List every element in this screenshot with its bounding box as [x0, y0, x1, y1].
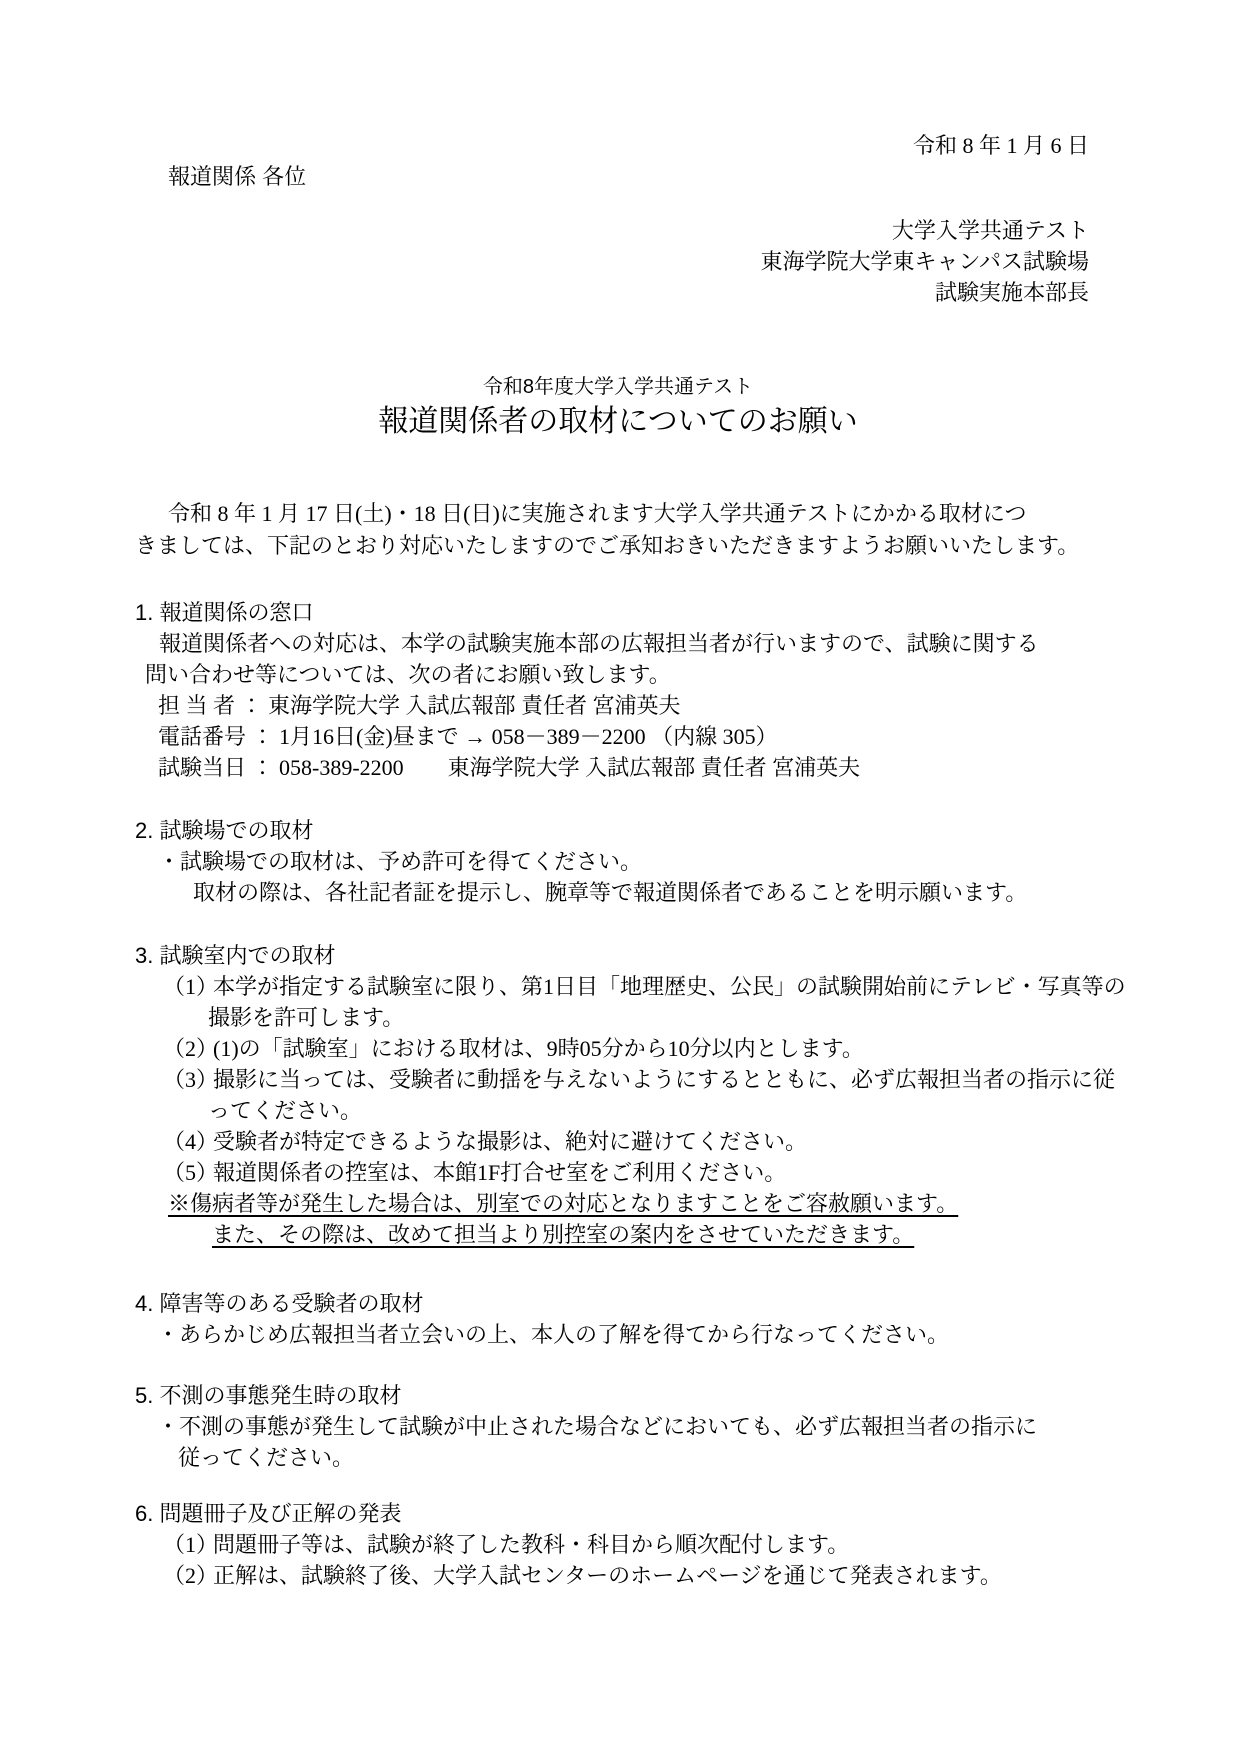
section-heading: 5. 不測の事態発生時の取材: [135, 1380, 1101, 1411]
section-venue-coverage: 2. 試験場での取材 ・試験場での取材は、予め許可を得てください。 取材の際は、…: [135, 815, 1101, 908]
body-line: 従ってください。: [135, 1442, 1101, 1473]
intro-paragraph: 令和 8 年 1 月 17 日(土)・18 日(日)に実施されます大学入学共通テ…: [135, 498, 1101, 562]
underlined-note: ※傷病者等が発生した場合は、別室での対応となりますことをご容赦願います。: [135, 1188, 1101, 1219]
document-date: 令和 8 年 1 月 6 日: [135, 130, 1101, 161]
title-block: 令和8年度大学入学共通テスト 報道関係者の取材についてのお願い: [135, 372, 1101, 442]
contact-person-line: 担 当 者 ： 東海学院大学 入試広報部 責任者 宮浦英夫: [135, 690, 1101, 721]
item-text: (1)の「試験室」における取材は、9時05分から10分以内とします。: [213, 1036, 864, 1061]
underlined-note: また、その際は、改めて担当より別控室の案内をさせていただきます。: [135, 1219, 1101, 1250]
bullet-line: ・試験場での取材は、予め許可を得てください。: [135, 846, 1101, 877]
list-item: （1） 問題冊子等は、試験が終了した教科・科目から順次配付します。: [135, 1529, 1101, 1560]
section-heading: 3. 試験室内での取材: [135, 940, 1101, 971]
item-text: 報道関係者の控室は、本館1F打合せ室をご利用ください。: [213, 1160, 786, 1185]
intro-line: きましては、下記のとおり対応いたしますのでご承知おきいただきますようお願いいたし…: [135, 530, 1101, 562]
sender-line-organization: 大学入学共通テスト: [135, 215, 1101, 246]
doc-title: 報道関係者の取材についてのお願い: [135, 402, 1101, 442]
list-item: （4） 受験者が特定できるような撮影は、絶対に避けてください。: [135, 1126, 1101, 1157]
intro-line: 令和 8 年 1 月 17 日(土)・18 日(日)に実施されます大学入学共通テ…: [135, 498, 1101, 530]
item-marker: （3）: [163, 1064, 218, 1095]
exam-day-phone-line: 試験当日 ： 058-389-2200 東海学院大学 入試広報部 責任者 宮浦英…: [135, 752, 1101, 783]
section-heading: 4. 障害等のある受験者の取材: [135, 1288, 1101, 1319]
item-marker: （1）: [163, 1529, 218, 1560]
recipient: 報道関係 各位: [135, 161, 1101, 192]
item-continuation: ってください。: [135, 1095, 1101, 1126]
list-item: （2） 正解は、試験終了後、大学入試センターのホームページを通じて発表されます。: [135, 1560, 1101, 1591]
item-marker: （2）: [163, 1033, 218, 1064]
list-item: （2） (1)の「試験室」における取材は、9時05分から10分以内とします。: [135, 1033, 1101, 1064]
section-examroom-coverage: 3. 試験室内での取材 （1） 本学が指定する試験室に限り、第1日目「地理歴史、…: [135, 940, 1101, 1250]
item-marker: （2）: [163, 1560, 218, 1591]
sender-block: 大学入学共通テスト 東海学院大学東キャンパス試験場 試験実施本部長: [135, 215, 1101, 308]
bullet-line: ・不測の事態が発生して試験が中止された場合などにおいても、必ず広報担当者の指示に: [135, 1411, 1101, 1442]
section-unforeseen-events: 5. 不測の事態発生時の取材 ・不測の事態が発生して試験が中止された場合などにお…: [135, 1380, 1101, 1473]
section-heading: 2. 試験場での取材: [135, 815, 1101, 846]
sender-line-role: 試験実施本部長: [135, 277, 1101, 308]
item-continuation: 撮影を許可します。: [135, 1002, 1101, 1033]
list-item: （1） 本学が指定する試験室に限り、第1日目「地理歴史、公民」の試験開始前にテレ…: [135, 971, 1101, 1002]
body-line: 問い合わせ等については、次の者にお願い致します。: [135, 659, 1101, 690]
body-line: 取材の際は、各社記者証を提示し、腕章等で報道関係者であることを明示願います。: [135, 877, 1101, 908]
section-heading: 6. 問題冊子及び正解の発表: [135, 1498, 1101, 1529]
section-press-contact: 1. 報道関係の窓口 報道関係者への対応は、本学の試験実施本部の広報担当者が行い…: [135, 597, 1101, 783]
section-heading: 1. 報道関係の窓口: [135, 597, 1101, 628]
item-text: 問題冊子等は、試験が終了した教科・科目から順次配付します。: [213, 1532, 849, 1557]
phone-number-line: 電話番号 ： 1月16日(金)昼まで → 058－389－2200 （内線 30…: [135, 721, 1101, 752]
document-page: 令和 8 年 1 月 6 日 報道関係 各位 大学入学共通テスト 東海学院大学東…: [0, 0, 1241, 1755]
section-booklets-answers: 6. 問題冊子及び正解の発表 （1） 問題冊子等は、試験が終了した教科・科目から…: [135, 1498, 1101, 1591]
sender-line-venue: 東海学院大学東キャンパス試験場: [135, 246, 1101, 277]
section-disabled-examinees: 4. 障害等のある受験者の取材 ・あらかじめ広報担当者立会いの上、本人の了解を得…: [135, 1288, 1101, 1350]
item-text: 受験者が特定できるような撮影は、絶対に避けてください。: [213, 1129, 807, 1154]
item-marker: （1）: [163, 971, 218, 1002]
item-text: 本学が指定する試験室に限り、第1日目「地理歴史、公民」の試験開始前にテレビ・写真…: [213, 974, 1126, 999]
item-text: 撮影に当っては、受験者に動揺を与えないようにするとともに、必ず広報担当者の指示に…: [213, 1067, 1115, 1092]
doc-subtitle: 令和8年度大学入学共通テスト: [135, 372, 1101, 402]
item-text: 正解は、試験終了後、大学入試センターのホームページを通じて発表されます。: [213, 1563, 1002, 1588]
item-marker: （5）: [163, 1157, 218, 1188]
item-marker: （4）: [163, 1126, 218, 1157]
list-item: （3） 撮影に当っては、受験者に動揺を与えないようにするとともに、必ず広報担当者…: [135, 1064, 1101, 1095]
body-line: 報道関係者への対応は、本学の試験実施本部の広報担当者が行いますので、試験に関する: [135, 628, 1101, 659]
list-item: （5） 報道関係者の控室は、本館1F打合せ室をご利用ください。: [135, 1157, 1101, 1188]
bullet-line: ・あらかじめ広報担当者立会いの上、本人の了解を得てから行なってください。: [135, 1319, 1101, 1350]
